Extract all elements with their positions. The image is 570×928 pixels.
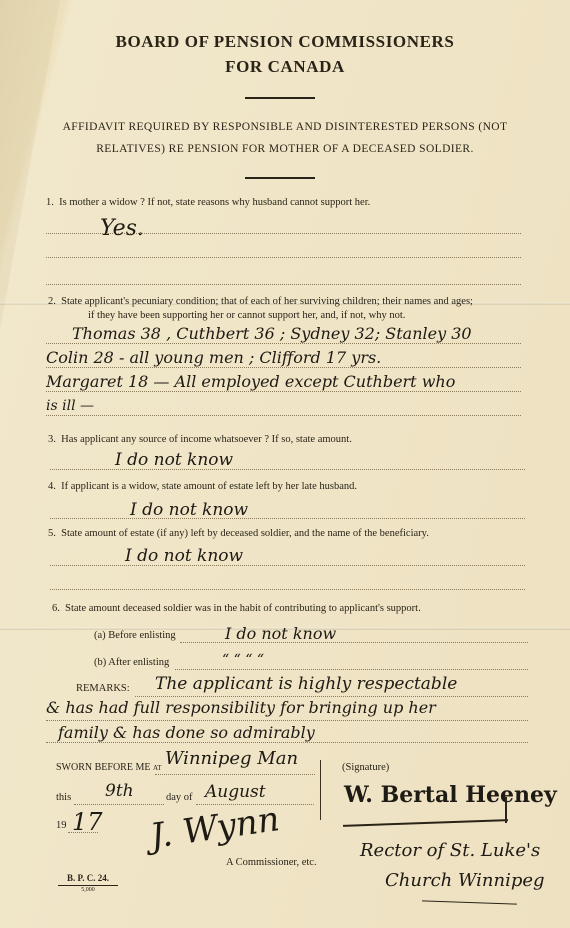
- document-title: BOARD OF PENSION COMMISSIONERS: [0, 32, 570, 52]
- answer-line: [50, 589, 525, 590]
- answer-line: [46, 343, 521, 344]
- question-text: Has applicant any source of income whats…: [61, 434, 352, 445]
- remarks-line-2: & has had full responsibility for bringi…: [46, 698, 436, 717]
- answer-line: [46, 391, 521, 392]
- answer-2-line-2: Colin 28 - all young men ; Clifford 17 y…: [46, 348, 381, 367]
- subtitle-line-2: RELATIVES) RE PENSION FOR MOTHER OF A DE…: [0, 138, 570, 160]
- remarks-line-1: The applicant is highly respectable: [155, 674, 457, 694]
- question-3: 3. Has applicant any source of income wh…: [48, 434, 352, 445]
- day-of-label: day of: [166, 792, 193, 803]
- answer-line: [46, 257, 521, 258]
- question-5: 5. State amount of estate (if any) left …: [48, 528, 429, 539]
- signature-bracket: [505, 797, 507, 823]
- applicant-signature: W. Bertal Heeney: [344, 782, 557, 808]
- answer-2-line-4: is ill —: [46, 398, 94, 414]
- question-number: 2.: [48, 296, 56, 307]
- answer-line: [175, 669, 528, 670]
- document-subtitle: AFFIDAVIT REQUIRED BY RESPONSIBLE AND DI…: [0, 116, 570, 160]
- answer-line: [135, 696, 528, 697]
- answer-3: I do not know: [115, 450, 233, 470]
- question-text: Is mother a widow ? If not, state reason…: [59, 197, 370, 208]
- signature-label: (Signature): [342, 762, 389, 773]
- form-code-rule: [58, 885, 118, 886]
- sworn-label: SWORN BEFORE ME at: [56, 762, 162, 773]
- print-run: 5,000: [58, 887, 118, 893]
- question-2: 2. State applicant's pecuniary condition…: [48, 296, 473, 307]
- after-enlisting-answer: “ “ “ “: [222, 652, 264, 668]
- before-enlisting-label: (a) Before enlisting: [94, 630, 176, 641]
- answer-2-line-1: Thomas 38 , Cuthbert 36 ; Sydney 32; Sta…: [72, 324, 472, 343]
- year-prefix: 19: [56, 820, 67, 831]
- answer-line: [46, 284, 521, 285]
- question-number: 4.: [48, 481, 56, 492]
- answer-line: [46, 720, 528, 721]
- answer-2-line-3: Margaret 18 — All employed except Cuthbe…: [46, 372, 455, 391]
- signature-box-border: [320, 760, 321, 820]
- answer-5: I do not know: [125, 546, 243, 566]
- subtitle-line-1: AFFIDAVIT REQUIRED BY RESPONSIBLE AND DI…: [0, 116, 570, 138]
- question-text-line2: if they have been supporting her or cann…: [88, 310, 405, 321]
- this-label: this: [56, 792, 71, 803]
- sworn-month: August: [205, 782, 266, 802]
- answer-line: [46, 415, 521, 416]
- signature-title-line2: Church Winnipeg: [385, 870, 545, 891]
- before-enlisting-answer: I do not know: [225, 624, 336, 643]
- divider: [245, 177, 315, 179]
- answer-line: [50, 469, 525, 470]
- question-6: 6. State amount deceased soldier was in …: [52, 603, 421, 614]
- answer-line: [50, 565, 525, 566]
- answer-line: [50, 518, 525, 519]
- answer-line: [46, 367, 521, 368]
- answer-line: [46, 742, 528, 743]
- question-1: 1. Is mother a widow ? If not, state rea…: [46, 197, 370, 208]
- remarks-line-3: family & has done so admirably: [58, 723, 315, 742]
- answer-line: [155, 774, 315, 775]
- commissioner-label: A Commissioner, etc.: [226, 857, 317, 868]
- sworn-day: 9th: [105, 781, 134, 801]
- question-number: 5.: [48, 528, 56, 539]
- question-text: State amount deceased soldier was in the…: [65, 603, 421, 614]
- remarks-label: REMARKS:: [76, 683, 130, 694]
- question-text: If applicant is a widow, state amount of…: [61, 481, 357, 492]
- signature-title-line1: Rector of St. Luke's: [360, 840, 540, 861]
- question-number: 6.: [52, 603, 60, 614]
- answer-line: [74, 804, 164, 805]
- question-4: 4. If applicant is a widow, state amount…: [48, 481, 357, 492]
- form-code: B. P. C. 24.: [58, 873, 118, 883]
- answer-1: Yes.: [100, 216, 144, 241]
- divider: [245, 97, 315, 99]
- question-number: 1.: [46, 197, 54, 208]
- after-enlisting-label: (b) After enlisting: [94, 657, 169, 668]
- answer-line: [46, 233, 521, 234]
- answer-4: I do not know: [130, 500, 248, 520]
- sworn-place: Winnipeg Man: [165, 748, 298, 769]
- question-text: State amount of estate (if any) left by …: [61, 528, 429, 539]
- question-text: State applicant's pecuniary condition; t…: [61, 296, 473, 307]
- sworn-year: 17: [72, 808, 103, 836]
- document-title-line2: FOR CANADA: [0, 57, 570, 77]
- question-number: 3.: [48, 434, 56, 445]
